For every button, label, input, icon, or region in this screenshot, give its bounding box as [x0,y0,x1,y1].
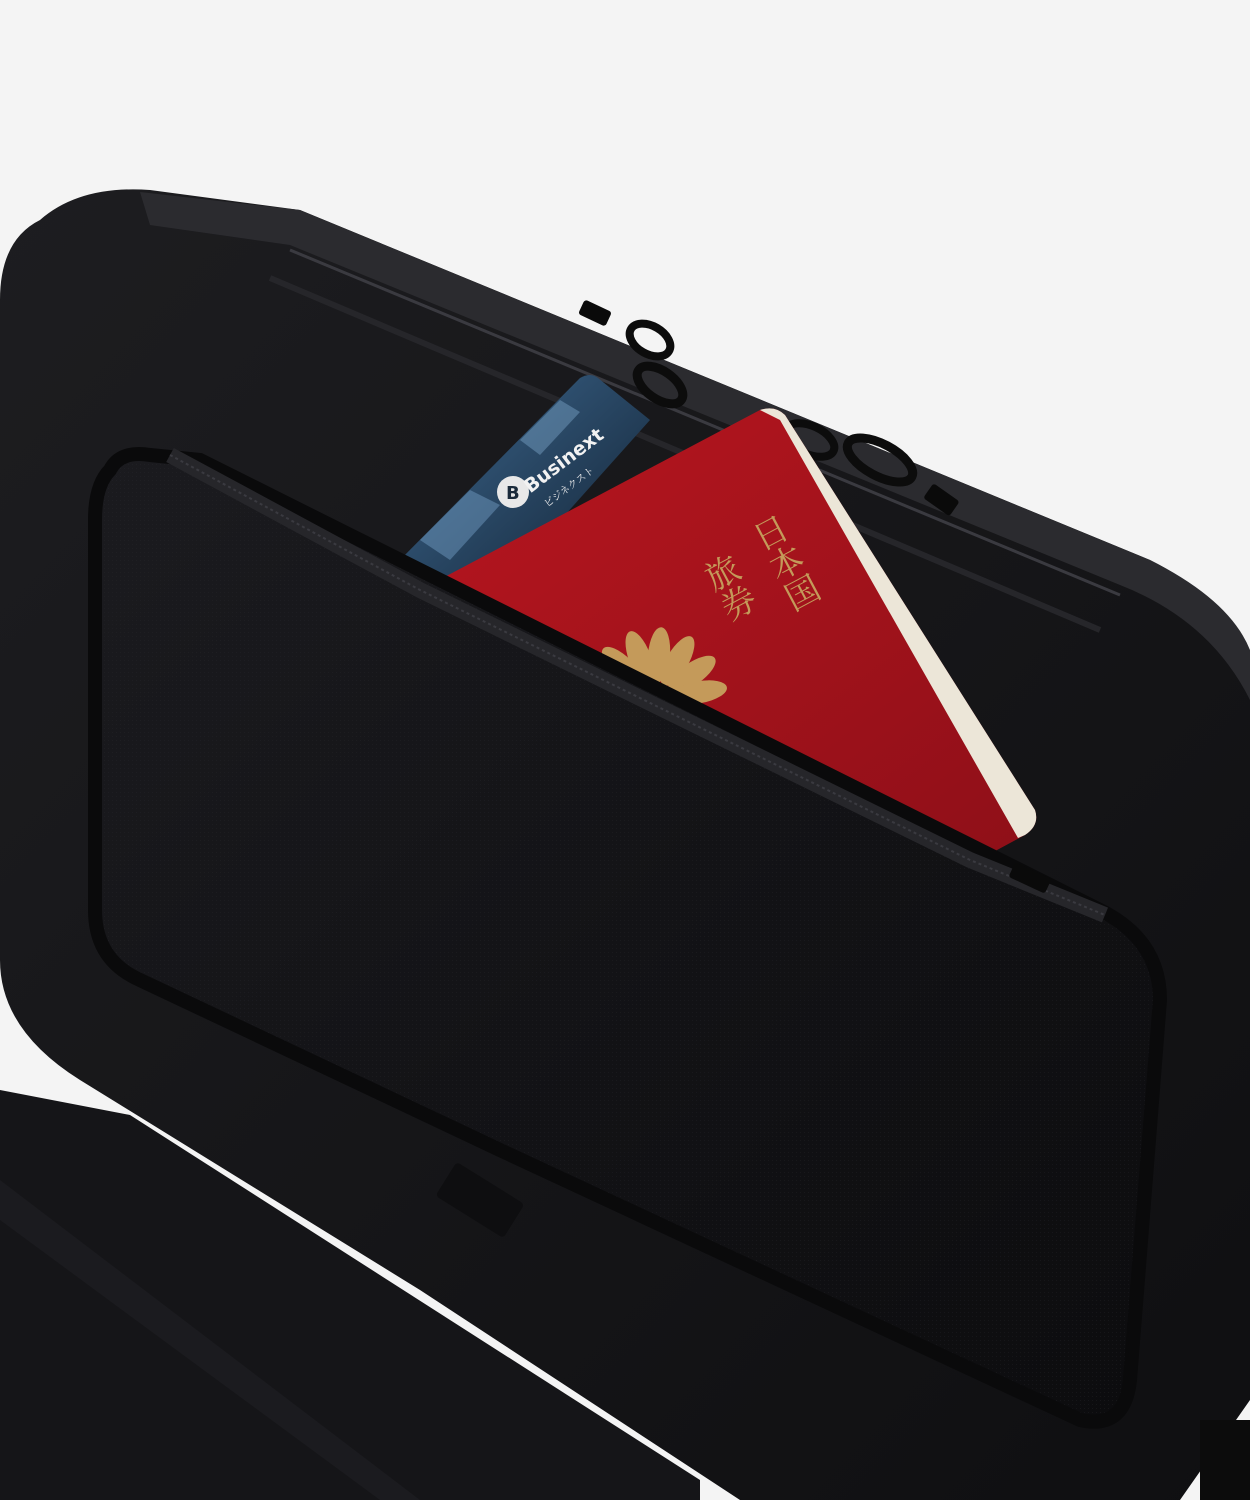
bag-illustration: B [0,0,1250,1500]
product-photo: B [0,0,1250,1500]
strap-buckle [1200,1420,1250,1500]
svg-text:B: B [506,483,520,504]
